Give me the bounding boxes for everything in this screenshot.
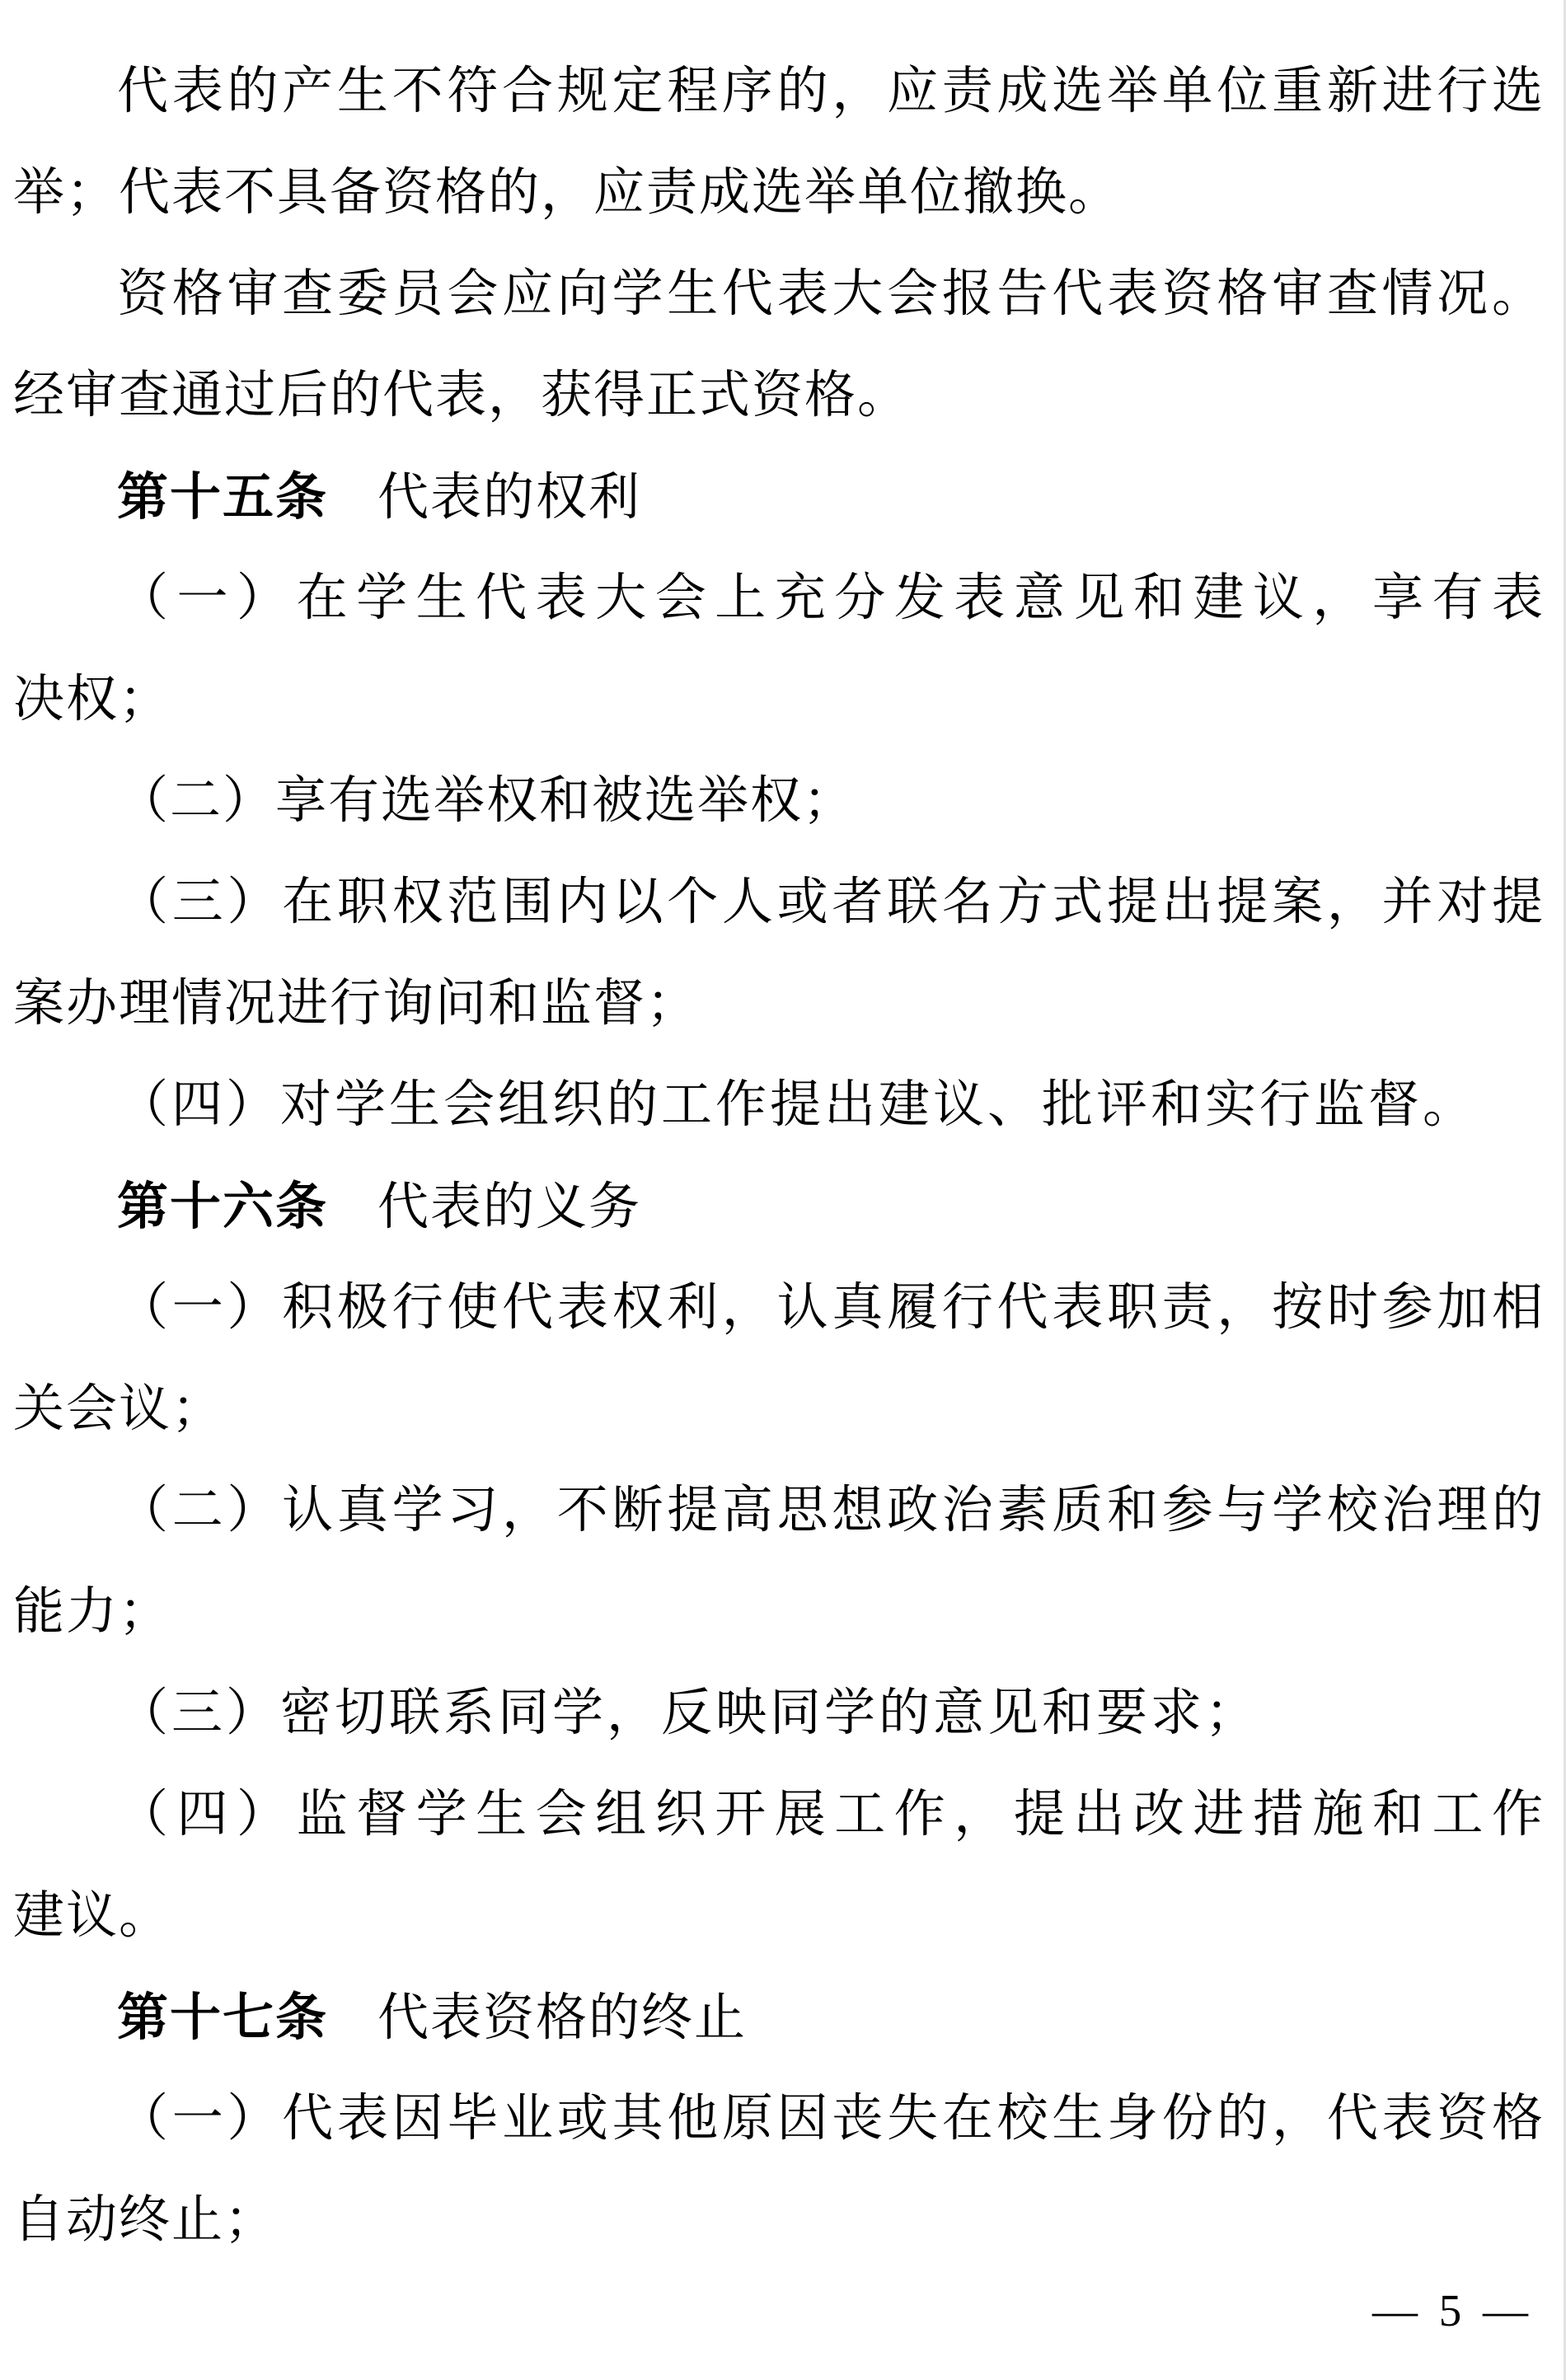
text-line: 自动终止；: [13, 2170, 1543, 2271]
text-line: 关会议；: [13, 1359, 1543, 1460]
text-line: （二）享有选举权和被选举权；: [13, 751, 1543, 852]
text-line: 代表的产生不符合规定程序的，应责成选举单位重新进行选: [13, 41, 1543, 143]
text-line: （三）在职权范围内以个人或者联名方式提出提案，并对提: [13, 852, 1543, 953]
document-page: 代表的产生不符合规定程序的，应责成选举单位重新进行选 举；代表不具备资格的，应责…: [0, 0, 1566, 2271]
text-line: （一）代表因毕业或其他原因丧失在校生身份的，代表资格: [13, 2068, 1543, 2170]
text-line: （一）在学生代表大会上充分发表意见和建议，享有表: [13, 548, 1543, 649]
article-title: 代表的权利: [377, 470, 641, 526]
text-line: （三）密切联系同学，反映同学的意见和要求；: [13, 1663, 1543, 1764]
article-heading: 第十七条代表资格的终止: [13, 1967, 1543, 2068]
page-number: — 5 —: [1372, 2285, 1533, 2335]
text-line: （四）监督学生会组织开展工作，提出改进措施和工作: [13, 1764, 1543, 1866]
text-line: （一）积极行使代表权利，认真履行代表职责，按时参加相: [13, 1258, 1543, 1359]
article-title: 代表资格的终止: [377, 1990, 747, 2046]
page-footer: — 5 —: [0, 2275, 1566, 2347]
text-line: 资格审查委员会应向学生代表大会报告代表资格审查情况。: [13, 244, 1543, 345]
article-number: 第十五条: [117, 469, 328, 526]
article-heading: 第十六条代表的义务: [13, 1156, 1543, 1258]
text-line: 能力；: [13, 1562, 1543, 1663]
article-number: 第十六条: [117, 1178, 328, 1235]
article-title: 代表的义务: [377, 1179, 641, 1235]
text-line: 举；代表不具备资格的，应责成选举单位撤换。: [13, 143, 1543, 244]
text-line: （四）对学生会组织的工作提出建议、批评和实行监督。: [13, 1055, 1543, 1156]
article-number: 第十七条: [117, 1989, 328, 2046]
text-line: 建议。: [13, 1866, 1543, 1967]
text-line: 决权；: [13, 649, 1543, 751]
text-line: 经审查通过后的代表，获得正式资格。: [13, 345, 1543, 447]
text-line: （二）认真学习，不断提高思想政治素质和参与学校治理的: [13, 1460, 1543, 1562]
text-line: 案办理情况进行询问和监督；: [13, 953, 1543, 1055]
article-heading: 第十五条代表的权利: [13, 447, 1543, 548]
